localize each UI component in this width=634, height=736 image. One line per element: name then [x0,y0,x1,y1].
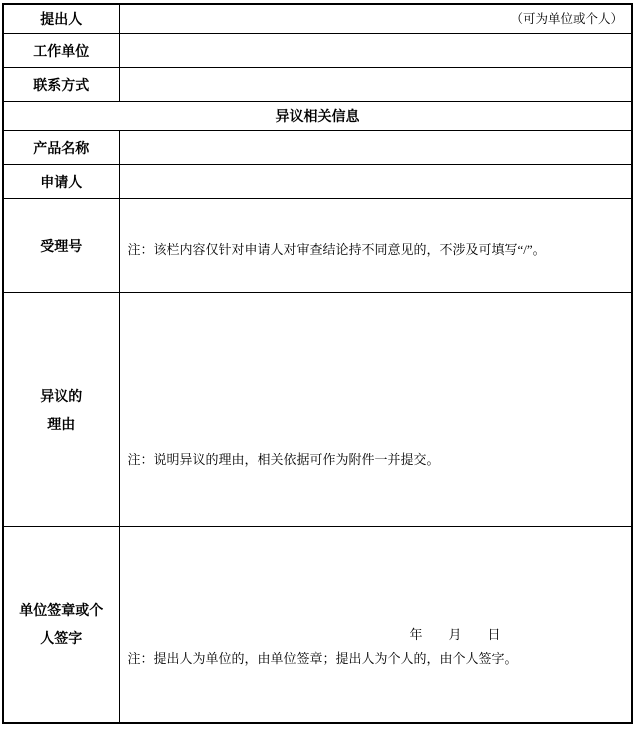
date-line: 年 月 日 [410,624,624,643]
field-objection-reason[interactable]: 注：说明异议的理由，相关依据可作为附件一并提交。 [119,293,632,527]
section-header-objection-info: 异议相关信息 [3,102,632,131]
label-applicant: 申请人 [3,165,119,199]
field-product-name[interactable] [119,131,632,165]
objection-reason-note: 注：说明异议的理由，相关依据可作为附件一并提交。 [128,451,624,470]
row-work-unit: 工作单位 [3,34,632,68]
row-applicant: 申请人 [3,165,632,199]
row-proposer: 提出人 （可为单位或个人） [3,4,632,34]
field-applicant[interactable] [119,165,632,199]
label-work-unit: 工作单位 [3,34,119,68]
row-objection-reason: 异议的 理由 注：说明异议的理由，相关依据可作为附件一并提交。 [3,293,632,527]
form-page: 提出人 （可为单位或个人） 工作单位 联系方式 异议相关信息 产品名称 [0,0,634,724]
field-acceptance-number[interactable]: 注：该栏内容仅针对申请人对审查结论持不同意见的，不涉及可填写“/”。 [119,199,632,293]
row-acceptance-number: 受理号 注：该栏内容仅针对申请人对审查结论持不同意见的，不涉及可填写“/”。 [3,199,632,293]
signature-note: 注：提出人为单位的，由单位签章；提出人为个人的，由个人签字。 [128,650,624,669]
field-work-unit[interactable] [119,34,632,68]
objection-form-table: 提出人 （可为单位或个人） 工作单位 联系方式 异议相关信息 产品名称 [2,3,633,724]
label-acceptance-number: 受理号 [3,199,119,293]
row-section-header: 异议相关信息 [3,102,632,131]
field-proposer[interactable]: （可为单位或个人） [119,4,632,34]
row-contact: 联系方式 [3,68,632,102]
field-signature[interactable]: 年 月 日 注：提出人为单位的，由单位签章；提出人为个人的，由个人签字。 [119,527,632,723]
label-signature: 单位签章或个 人签字 [3,527,119,723]
field-contact[interactable] [119,68,632,102]
acceptance-number-note: 注：该栏内容仅针对申请人对审查结论持不同意见的，不涉及可填写“/”。 [128,241,624,260]
row-signature: 单位签章或个 人签字 年 月 日 注：提出人为单位的，由单位签章；提出人为个人的… [3,527,632,723]
row-product-name: 产品名称 [3,131,632,165]
label-product-name: 产品名称 [3,131,119,165]
label-objection-reason: 异议的 理由 [3,293,119,527]
label-contact: 联系方式 [3,68,119,102]
proposer-hint: （可为单位或个人） [510,12,623,26]
label-proposer: 提出人 [3,4,119,34]
